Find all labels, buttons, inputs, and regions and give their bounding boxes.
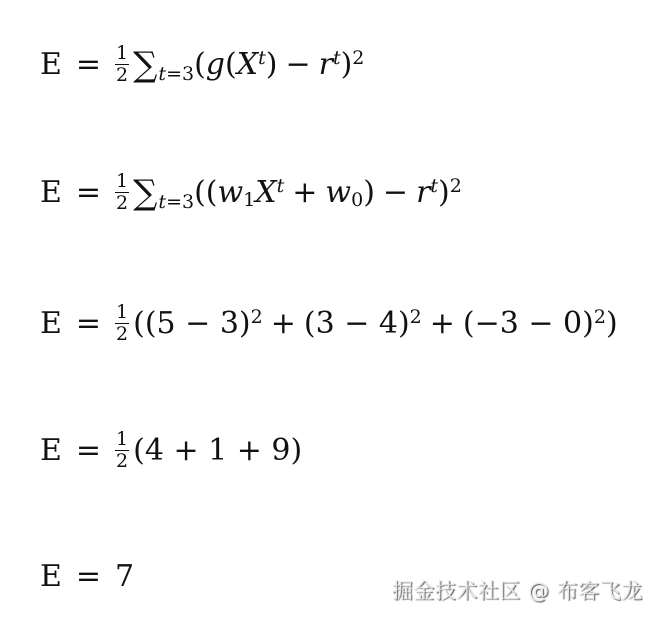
lhs-E: E bbox=[40, 562, 62, 592]
equation-1: E = 1 2 ∑ t=3 (g(Xt) − rt)2 bbox=[40, 44, 364, 85]
lhs-E: E bbox=[40, 50, 62, 80]
equals-sign: = bbox=[76, 50, 101, 80]
fraction-half: 1 2 bbox=[115, 303, 129, 344]
equals-sign: = bbox=[76, 178, 101, 208]
lhs-E: E bbox=[40, 436, 62, 466]
fraction-half: 1 2 bbox=[115, 430, 129, 471]
sum-subscript: t=3 bbox=[158, 193, 194, 212]
fraction-half: 1 2 bbox=[115, 172, 129, 213]
fraction-half: 1 2 bbox=[115, 44, 129, 85]
term-1: ((5 − 3) bbox=[133, 309, 251, 339]
equals-sign: = bbox=[76, 562, 101, 592]
sum-symbol: ∑ bbox=[133, 176, 157, 210]
equation-4: E = 1 2 (4 + 1 + 9) bbox=[40, 430, 302, 471]
equation-5: E = 7 bbox=[40, 562, 134, 592]
term-2: (3 − 4) bbox=[304, 309, 410, 339]
equation-2: E = 1 2 ∑ t=3 ((w1Xt + w0) − rt)2 bbox=[40, 172, 462, 213]
term-3: (−3 − 0) bbox=[463, 309, 594, 339]
lhs-E: E bbox=[40, 178, 62, 208]
sum-subscript: t=3 bbox=[158, 65, 194, 84]
watermark: 掘金技术社区 @ 布客飞龙 bbox=[392, 575, 643, 605]
equals-sign: = bbox=[76, 309, 101, 339]
lhs-E: E bbox=[40, 309, 62, 339]
sum-body: (4 + 1 + 9) bbox=[133, 436, 302, 466]
equals-sign: = bbox=[76, 436, 101, 466]
result-value: 7 bbox=[115, 562, 134, 592]
sum-symbol: ∑ bbox=[133, 48, 157, 82]
equation-3: E = 1 2 ((5 − 3)2 + (3 − 4)2 + (−3 − 0)2… bbox=[40, 303, 618, 344]
